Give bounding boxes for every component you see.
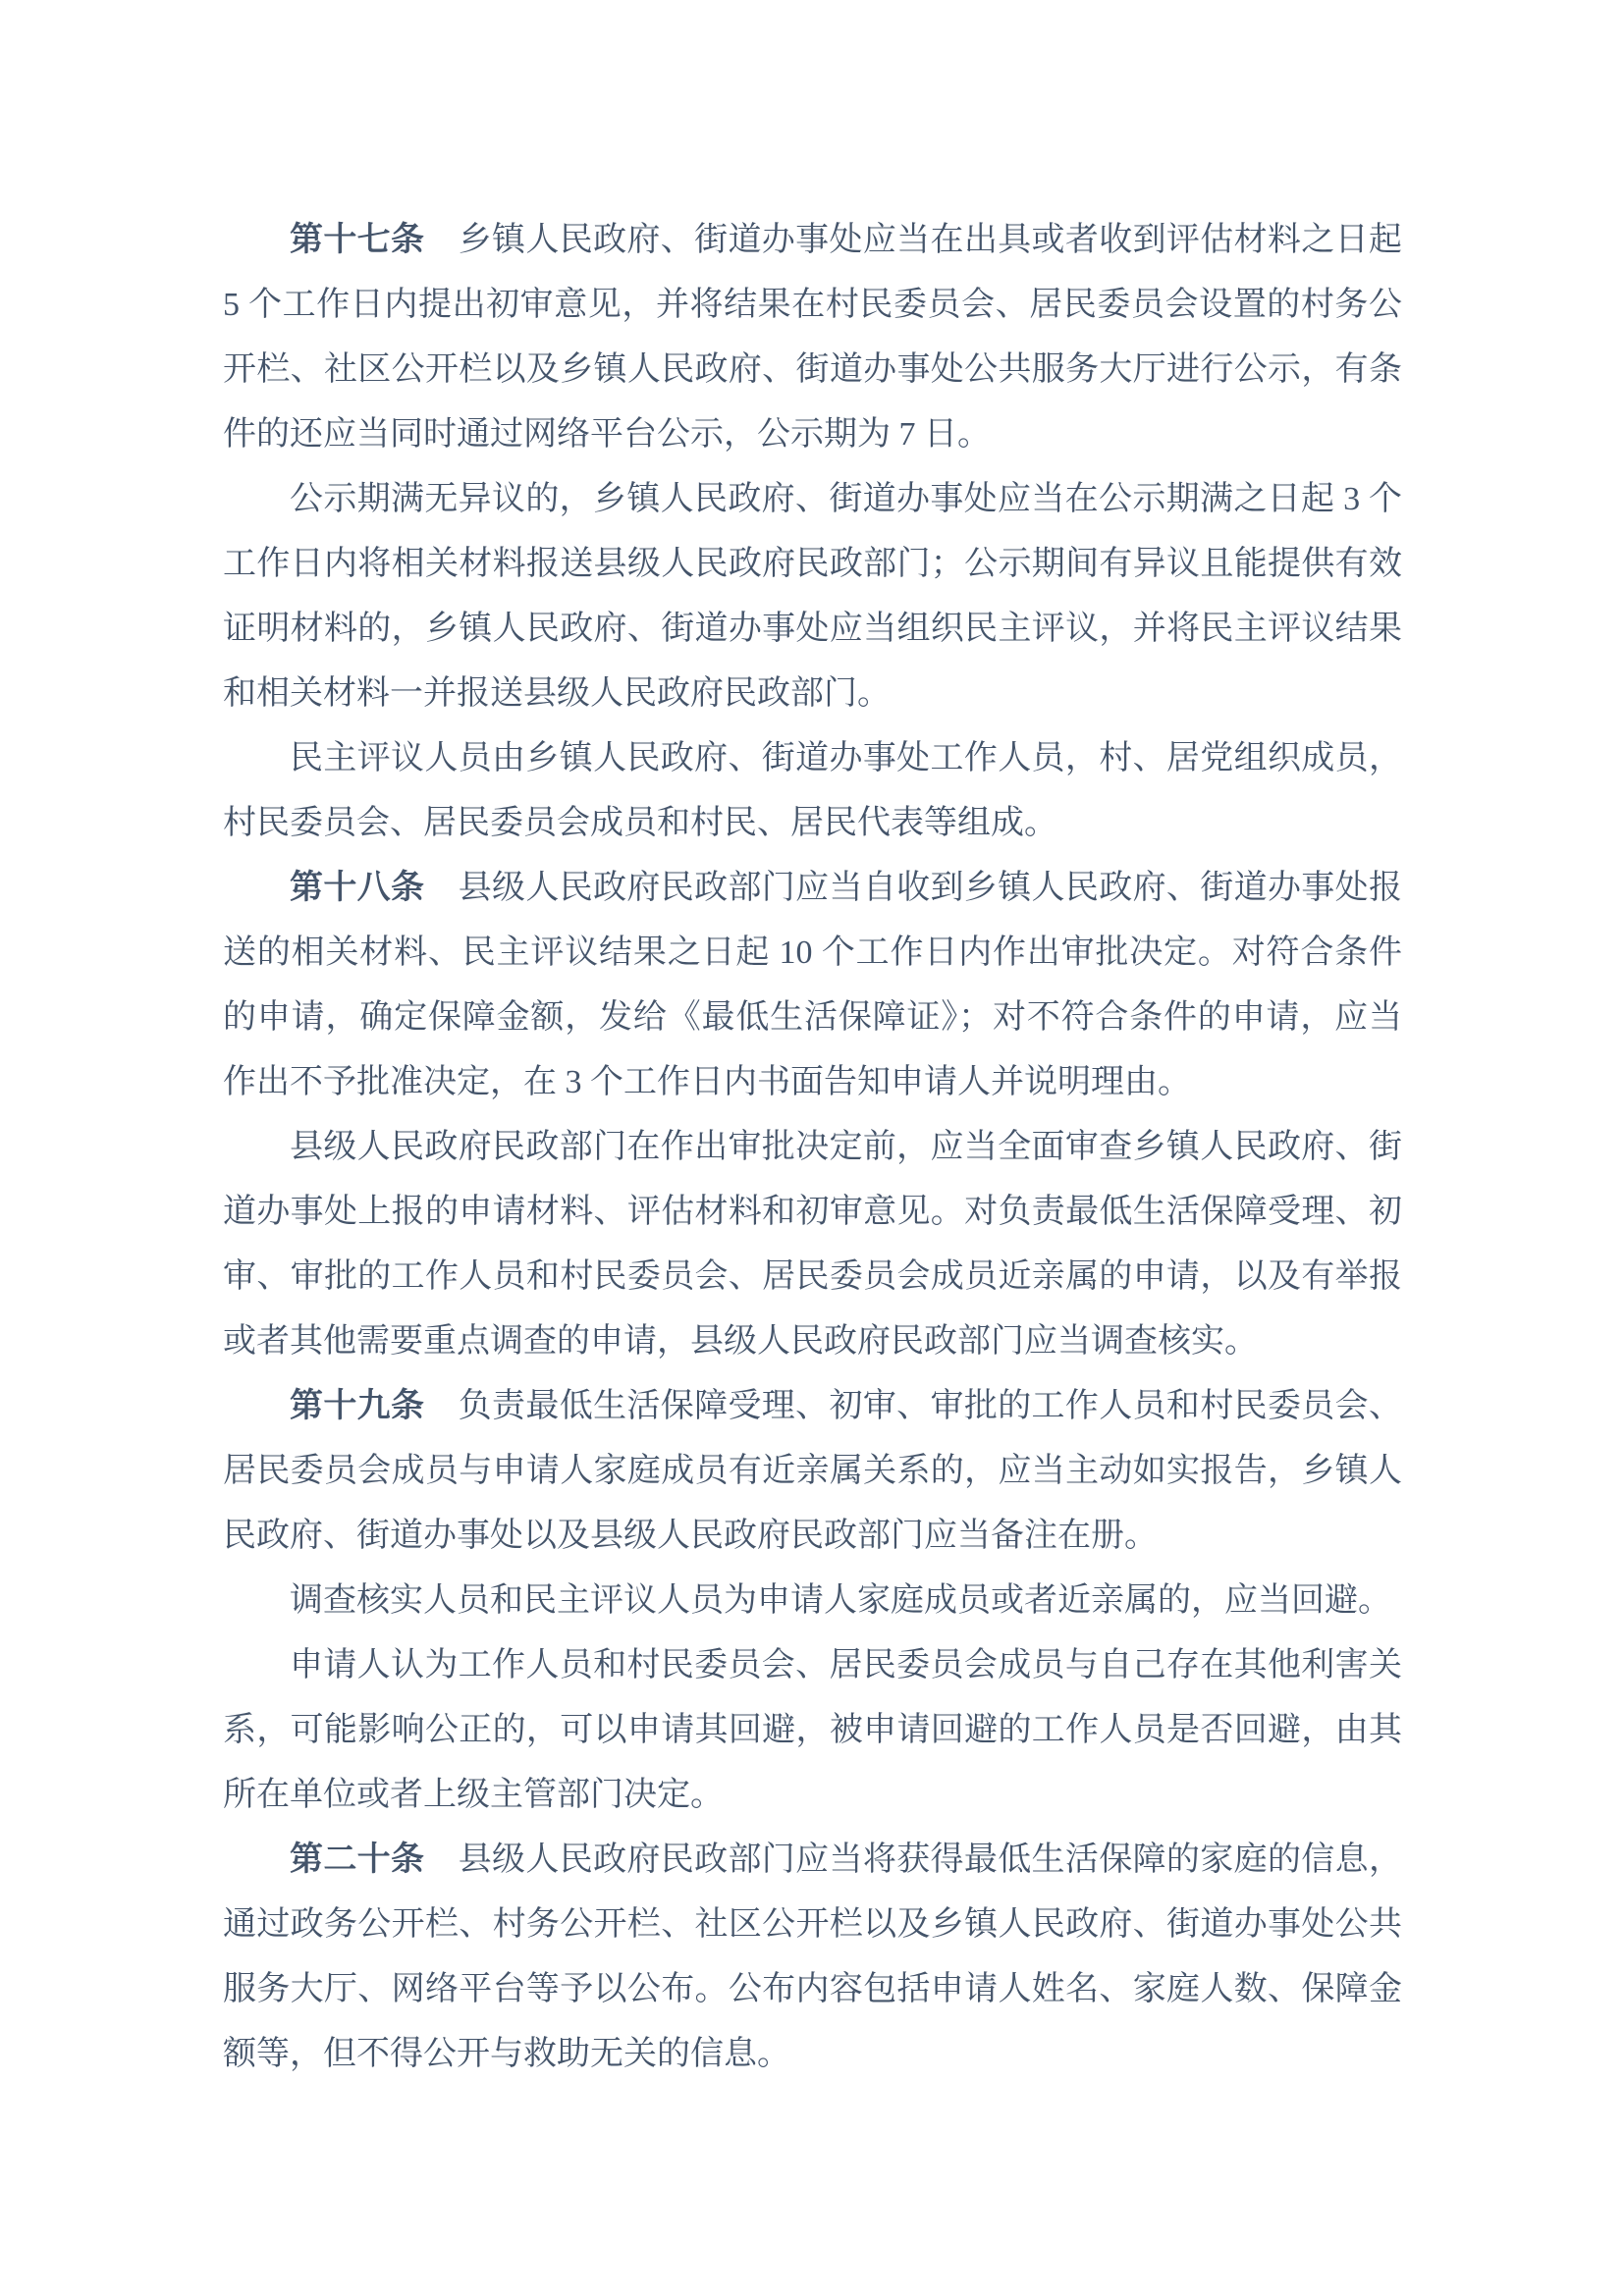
- article-number: 第十九条: [290, 1388, 459, 1424]
- document-body: 第十七条 乡镇人民政府、街道办事处应当在出具或者收到评估材料之日起 5 个工作日…: [223, 208, 1402, 2087]
- paragraph-text: 申请人认为工作人员和村民委员会、居民委员会成员与自己存在其他利害关系，可能影响公…: [223, 1647, 1402, 1813]
- document-page: 第十七条 乡镇人民政府、街道办事处应当在出具或者收到评估材料之日起 5 个工作日…: [0, 0, 1624, 2296]
- paragraph-article-18: 第十八条 县级人民政府民政部门应当自收到乡镇人民政府、街道办事处报送的相关材料、…: [223, 856, 1402, 1115]
- paragraph: 公示期满无异议的，乡镇人民政府、街道办事处应当在公示期满之日起 3 个工作日内将…: [223, 467, 1402, 726]
- paragraph-article-17: 第十七条 乡镇人民政府、街道办事处应当在出具或者收到评估材料之日起 5 个工作日…: [223, 208, 1402, 467]
- paragraph-text: 公示期满无异议的，乡镇人民政府、街道办事处应当在公示期满之日起 3 个工作日内将…: [223, 481, 1402, 712]
- paragraph-text: 调查核实人员和民主评议人员为申请人家庭成员或者近亲属的，应当回避。: [290, 1582, 1391, 1619]
- paragraph: 县级人民政府民政部门在作出审批决定前，应当全面审查乡镇人民政府、街道办事处上报的…: [223, 1115, 1402, 1374]
- paragraph-text: 县级人民政府民政部门在作出审批决定前，应当全面审查乡镇人民政府、街道办事处上报的…: [223, 1129, 1402, 1360]
- article-number: 第十七条: [290, 222, 459, 258]
- paragraph: 民主评议人员由乡镇人民政府、街道办事处工作人员，村、居党组织成员，村民委员会、居…: [223, 726, 1402, 856]
- paragraph-text: 民主评议人员由乡镇人民政府、街道办事处工作人员，村、居党组织成员，村民委员会、居…: [223, 740, 1402, 841]
- article-number: 第十八条: [290, 870, 459, 906]
- paragraph-article-19: 第十九条 负责最低生活保障受理、初审、审批的工作人员和村民委员会、居民委员会成员…: [223, 1374, 1402, 1569]
- article-number: 第二十条: [290, 1842, 459, 1878]
- paragraph: 调查核实人员和民主评议人员为申请人家庭成员或者近亲属的，应当回避。: [223, 1569, 1402, 1633]
- paragraph-article-20: 第二十条 县级人民政府民政部门应当将获得最低生活保障的家庭的信息，通过政务公开栏…: [223, 1828, 1402, 2087]
- paragraph: 申请人认为工作人员和村民委员会、居民委员会成员与自己存在其他利害关系，可能影响公…: [223, 1633, 1402, 1828]
